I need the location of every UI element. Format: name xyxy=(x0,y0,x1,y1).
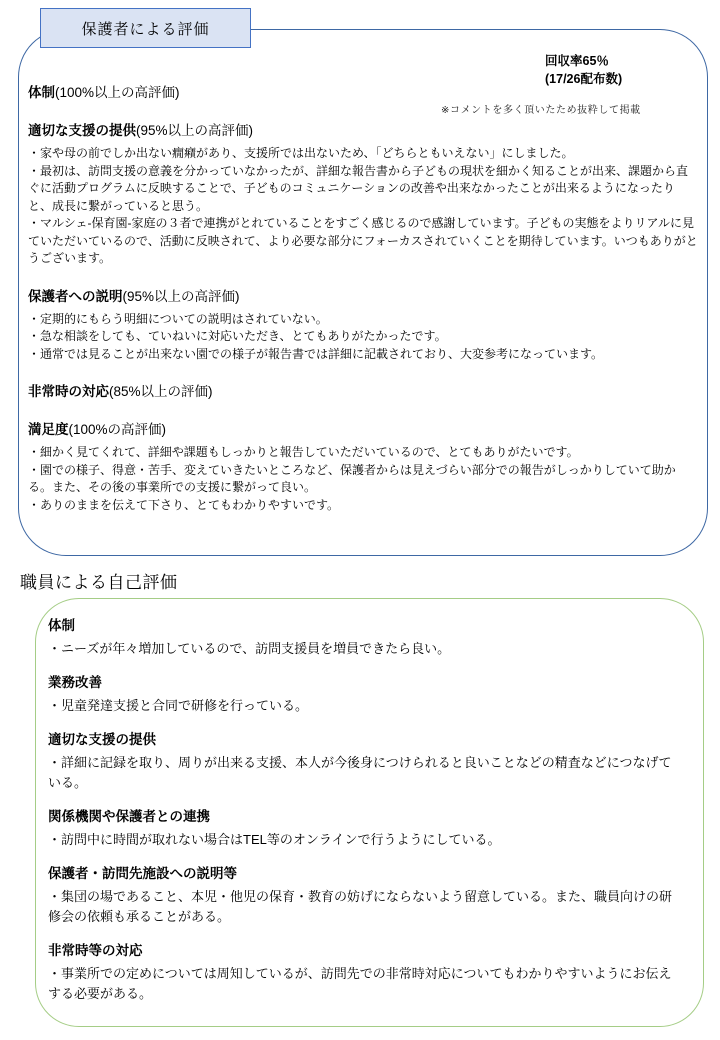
staff-eval-section: 業務改善・児童発達支援と合同で研修を行っている。 xyxy=(48,674,682,716)
parent-eval-section-header: 保護者への説明(95%以上の高評価) xyxy=(28,288,698,306)
staff-eval-section: 保護者・訪問先施設への説明等・集団の場であること、本児・他児の保育・教育の妨げに… xyxy=(48,865,682,927)
parent-eval-comment: ・ありのままを伝えて下さり、とてもわかりやすいです。 xyxy=(28,497,698,515)
staff-eval-section-header: 関係機関や保護者との連携 xyxy=(48,808,682,826)
staff-eval-comment: ・事業所での定めについては周知しているが、訪問先での非常時対応についてもわかりや… xyxy=(48,964,682,1004)
staff-eval-section-title: 保護者・訪問先施設への説明等 xyxy=(48,866,237,881)
parent-eval-section-rating: (100%の高評価) xyxy=(69,422,167,437)
staff-evaluation-heading: 職員による自己評価 xyxy=(20,568,178,593)
staff-eval-comment: ・訪問中に時間が取れない場合はTEL等のオンラインで行うようにしている。 xyxy=(48,830,682,850)
parent-eval-section-header: 非常時の対応(85%以上の評価) xyxy=(28,383,698,401)
parent-eval-section: 満足度(100%の高評価)・細かく見てくれて、詳細や課題もしっかりと報告していた… xyxy=(28,421,698,514)
parent-eval-section-header: 適切な支援の提供(95%以上の高評価) xyxy=(28,122,698,140)
parent-eval-section-rating: (85%以上の評価) xyxy=(109,384,213,399)
staff-evaluation-sections: 体制・ニーズが年々増加しているので、訪問支援員を増員できたら良い。業務改善・児童… xyxy=(48,617,682,1019)
parent-eval-section-rating: (95%以上の高評価) xyxy=(136,123,253,138)
parent-eval-comment: ・最初は、訪問支援の意義を分かっていなかったが、詳細な報告書から子どもの現状を細… xyxy=(28,163,698,216)
staff-eval-section-title: 体制 xyxy=(48,618,75,633)
parent-eval-comment: ・細かく見てくれて、詳細や課題もしっかりと報告していただいているので、とてもあり… xyxy=(28,444,698,462)
staff-eval-section-header: 適切な支援の提供 xyxy=(48,731,682,749)
parent-eval-comment: ・定期的にもらう明細についての説明はされていない。 xyxy=(28,311,698,329)
staff-eval-section: 適切な支援の提供・詳細に記録を取り、周りが出来る支援、本人が今後身につけられると… xyxy=(48,731,682,793)
parent-eval-comment: ・マルシェ-保育園-家庭の３者で連携がとれていることをすごく感じるので感謝してい… xyxy=(28,215,698,268)
parent-eval-comment: ・園での様子、得意・苦手、変えていきたいところなど、保護者からは見えづらい部分で… xyxy=(28,462,698,497)
parent-evaluation-title-box: 保護者による評価 xyxy=(40,8,251,48)
staff-eval-section-title: 非常時等の対応 xyxy=(48,943,143,958)
parent-evaluation-title: 保護者による評価 xyxy=(81,18,209,39)
staff-eval-section-title: 関係機関や保護者との連携 xyxy=(48,809,210,824)
parent-evaluation-sections: 体制(100%以上の高評価)適切な支援の提供(95%以上の高評価)・家や母の前で… xyxy=(28,84,698,534)
staff-eval-comment: ・集団の場であること、本児・他児の保育・教育の妨げにならないよう留意している。ま… xyxy=(48,887,682,927)
parent-eval-section: 体制(100%以上の高評価) xyxy=(28,84,698,102)
parent-eval-comment: ・通常では見ることが出来ない園での様子が報告書では詳細に記載されており、大変参考… xyxy=(28,346,698,364)
staff-eval-section: 体制・ニーズが年々増加しているので、訪問支援員を増員できたら良い。 xyxy=(48,617,682,659)
parent-eval-section-title: 適切な支援の提供 xyxy=(28,123,136,138)
parent-eval-comment: ・家や母の前でしか出ない癇癪があり、支援所では出ないため、「どちらともいえない」… xyxy=(28,145,698,163)
parent-eval-section-title: 非常時の対応 xyxy=(28,384,109,399)
parent-eval-section: 非常時の対応(85%以上の評価) xyxy=(28,383,698,401)
parent-eval-section-title: 保護者への説明 xyxy=(28,289,123,304)
parent-eval-section: 保護者への説明(95%以上の高評価)・定期的にもらう明細についての説明はされてい… xyxy=(28,288,698,364)
staff-eval-section-title: 業務改善 xyxy=(48,675,102,690)
parent-eval-section-title: 満足度 xyxy=(28,422,69,437)
staff-eval-section-header: 体制 xyxy=(48,617,682,635)
staff-eval-comment: ・児童発達支援と合同で研修を行っている。 xyxy=(48,696,682,716)
staff-eval-section-header: 業務改善 xyxy=(48,674,682,692)
staff-eval-comment: ・ニーズが年々増加しているので、訪問支援員を増員できたら良い。 xyxy=(48,639,682,659)
staff-eval-section: 非常時等の対応・事業所での定めについては周知しているが、訪問先での非常時対応につ… xyxy=(48,942,682,1004)
parent-eval-section: 適切な支援の提供(95%以上の高評価)・家や母の前でしか出ない癇癪があり、支援所… xyxy=(28,122,698,268)
staff-eval-section-header: 非常時等の対応 xyxy=(48,942,682,960)
parent-eval-section-header: 満足度(100%の高評価) xyxy=(28,421,698,439)
staff-eval-section-header: 保護者・訪問先施設への説明等 xyxy=(48,865,682,883)
parent-eval-section-rating: (95%以上の高評価) xyxy=(123,289,240,304)
staff-eval-section: 関係機関や保護者との連携・訪問中に時間が取れない場合はTEL等のオンラインで行う… xyxy=(48,808,682,850)
parent-eval-comment: ・急な相談をしても、ていねいに対応いただき、とてもありがたかったです。 xyxy=(28,328,698,346)
parent-eval-section-rating: (100%以上の高評価) xyxy=(55,85,180,100)
staff-eval-comment: ・詳細に記録を取り、周りが出来る支援、本人が今後身につけられると良いことなどの精… xyxy=(48,753,682,793)
staff-eval-section-title: 適切な支援の提供 xyxy=(48,732,156,747)
parent-eval-section-header: 体制(100%以上の高評価) xyxy=(28,84,698,102)
recovery-rate-value: 回収率65％ xyxy=(545,52,622,70)
recovery-rate-block: 回収率65％ (17/26配布数) xyxy=(545,52,622,88)
parent-eval-section-title: 体制 xyxy=(28,85,55,100)
